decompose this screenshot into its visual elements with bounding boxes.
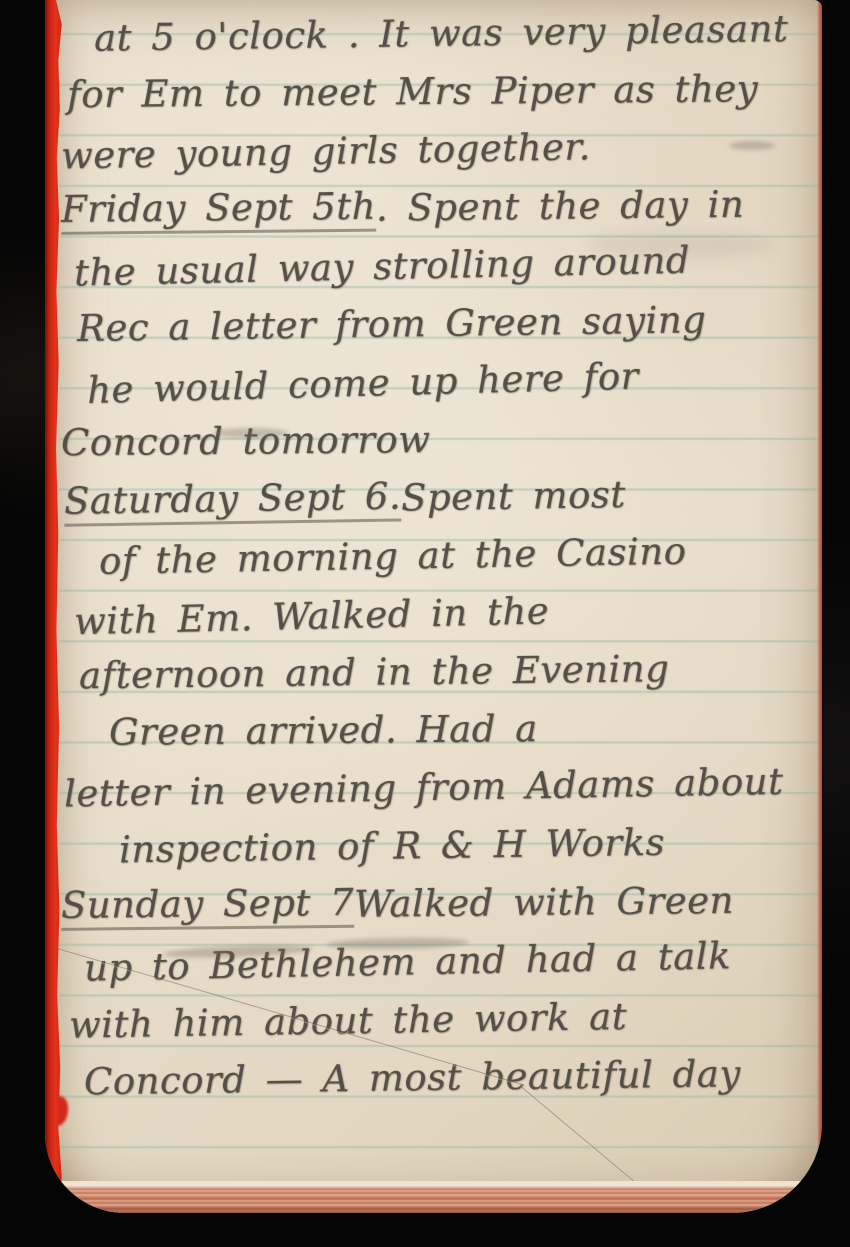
handwriting-line: Concord — A most beautiful day xyxy=(61,1043,802,1110)
handwriting-line: Concord tomorrow xyxy=(61,407,801,471)
handwriting-line: were young girls together. xyxy=(61,114,802,185)
handwriting-text: with him about the work at xyxy=(69,994,628,1046)
handwriting-text: were young girls together. xyxy=(61,125,591,177)
handwriting-line: afternoon and in the Evening xyxy=(61,637,802,704)
entry-date-heading: Saturday Sept 6. xyxy=(64,474,402,526)
handwriting-text: he would come up here for xyxy=(87,354,640,411)
handwriting-line: with him about the work at xyxy=(61,984,802,1054)
handwriting-text: of the morning at the Casino xyxy=(99,529,687,582)
notebook-page: at 5 o'clock . It was very pleasantfor E… xyxy=(45,0,822,1213)
red-page-edge-right xyxy=(817,0,822,1187)
photo-background: at 5 o'clock . It was very pleasantfor E… xyxy=(0,0,850,1247)
handwriting-text: Concord — A most beautiful day xyxy=(84,1052,741,1103)
handwriting-text: letter in evening from Adams about xyxy=(64,759,784,815)
pencil-smudge xyxy=(729,141,775,150)
handwriting-text: Concord tomorrow xyxy=(61,418,431,464)
handwriting-text: Spent most xyxy=(401,472,626,519)
pencil-smudge xyxy=(585,232,775,258)
handwriting-text: . Spent the day in xyxy=(376,182,745,229)
pencil-smudge xyxy=(213,428,289,438)
handwriting-text: at 5 o'clock . It was very pleasant xyxy=(94,7,789,60)
handwriting-text: Green arrived. Had a xyxy=(109,707,538,754)
handwriting-line: for Em to meet Mrs Piper as they xyxy=(61,59,801,123)
handwriting-text: inspection of R & H Works xyxy=(119,820,666,871)
handwriting-line: at 5 o'clock . It was very pleasant xyxy=(61,0,802,67)
handwriting-text: for Em to meet Mrs Piper as they xyxy=(67,67,758,116)
entry-date-heading: Friday Sept 5th xyxy=(61,184,376,234)
entry-date-heading: Sunday Sept 7 xyxy=(61,880,354,930)
handwriting-text: with Em. Walked in the xyxy=(74,589,550,643)
handwriting-line: inspection of R & H Works xyxy=(61,811,802,879)
handwriting-text: afternoon and in the Evening xyxy=(79,647,670,697)
handwriting-text: Walked with Green xyxy=(354,878,734,925)
handwriting-text: Rec a letter from Green saying xyxy=(77,298,707,350)
handwriting-line: Green arrived. Had a xyxy=(61,697,801,761)
page-stack-bottom-edge xyxy=(45,1181,822,1213)
